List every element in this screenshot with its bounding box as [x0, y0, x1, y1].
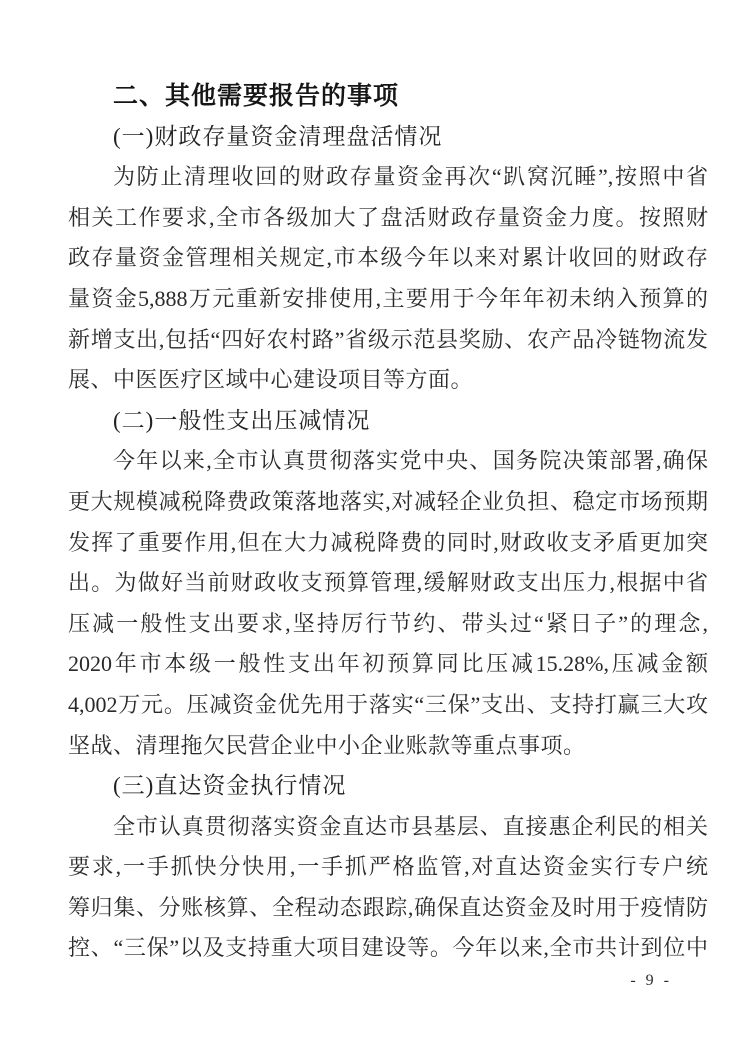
paragraph-line: 4,002万元。压减资金优先用于落实“三保”支出、支持打赢三大攻 [68, 685, 708, 726]
paragraph-line: 相关工作要求,全市各级加大了盘活财政存量资金力度。按照财 [68, 198, 708, 239]
paragraph-line: 展、中医医疗区域中心建设项目等方面。 [68, 360, 708, 401]
paragraph-line: 发挥了重要作用,但在大力减税降费的同时,财政收支矛盾更加突 [68, 523, 708, 564]
paragraph-line: 更大规模减税降费政策落地落实,对减轻企业负担、稳定市场预期 [68, 482, 708, 523]
paragraph-line: 出。为做好当前财政收支预算管理,缓解财政支出压力,根据中省 [68, 563, 708, 604]
paragraph-line: 坚战、清理拖欠民营企业中小企业账款等重点事项。 [68, 726, 708, 767]
paragraph-line: 要求,一手抓快分快用,一手抓严格监管,对直达资金实行专户统 [68, 847, 708, 888]
paragraph-line: 今年以来,全市认真贯彻落实党中央、国务院决策部署,确保 [68, 441, 708, 482]
paragraph-line: 新增支出,包括“四好农村路”省级示范县奖励、农产品冷链物流发 [68, 320, 708, 361]
paragraph-line: 为防止清理收回的财政存量资金再次“趴窝沉睡”,按照中省 [68, 157, 708, 198]
paragraph-line: 全市认真贯彻落实资金直达市县基层、直接惠企利民的相关 [68, 807, 708, 848]
document-page: 二、其他需要报告的事项 (一)财政存量资金清理盘活情况 为防止清理收回的财政存量… [0, 0, 740, 1043]
paragraph-line: 量资金5,888万元重新安排使用,主要用于今年年初未纳入预算的 [68, 279, 708, 320]
paragraph-line: 政存量资金管理相关规定,市本级今年以来对累计收回的财政存 [68, 238, 708, 279]
subsection-heading-3: (三)直达资金执行情况 [68, 766, 708, 807]
paragraph-line: 压减一般性支出要求,坚持厉行节约、带头过“紧日子”的理念, [68, 604, 708, 645]
paragraph-line: 2020年市本级一般性支出年初预算同比压减15.28%,压减金额 [68, 644, 708, 685]
subsection-heading-1: (一)财政存量资金清理盘活情况 [68, 117, 708, 158]
page-number: - 9 - [630, 972, 672, 990]
paragraph-line: 筹归集、分账核算、全程动态跟踪,确保直达资金及时用于疫情防 [68, 888, 708, 929]
section-heading: 二、其他需要报告的事项 [68, 76, 708, 117]
subsection-heading-2: (二)一般性支出压减情况 [68, 401, 708, 442]
document-body: 二、其他需要报告的事项 (一)财政存量资金清理盘活情况 为防止清理收回的财政存量… [68, 76, 708, 969]
paragraph-line: 控、“三保”以及支持重大项目建设等。今年以来,全市共计到位中 [68, 928, 708, 969]
